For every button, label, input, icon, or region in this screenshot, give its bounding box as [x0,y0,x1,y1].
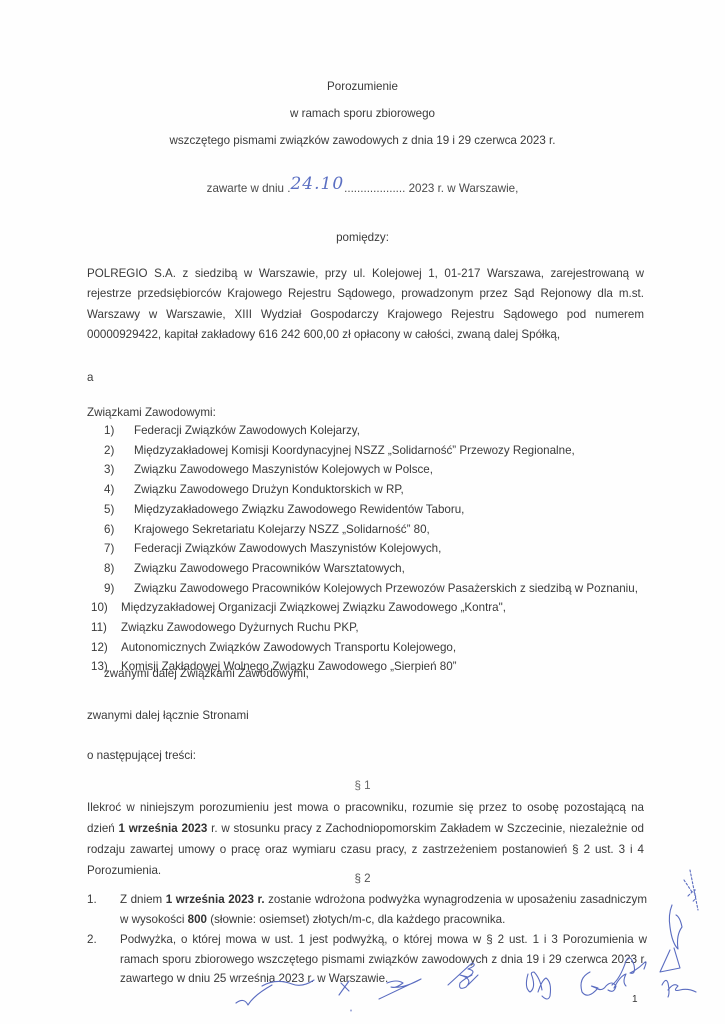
union-list-item: 11)Związku Zawodowego Dyżurnych Ruchu PK… [87,618,657,638]
parties-defined-as: zwanymi dalej łącznie Stronami [87,706,644,726]
handwritten-date: 24.10 [290,174,344,194]
union-item-number: 1) [87,421,134,441]
between-label: pomiędzy: [0,231,725,244]
text-run: (słownie: osiemset) złotych/m-c, dla każ… [207,913,505,926]
union-list-item: 8)Związku Zawodowego Pracowników Warszta… [87,559,657,579]
union-item-name: Związku Zawodowego Pracowników Kolejowyc… [134,579,638,599]
union-item-name: Federacji Związków Zawodowych Maszynistó… [134,539,441,559]
date-line-prefix: zawarte w dniu [207,182,288,195]
union-item-name: Związku Zawodowego Drużyn Konduktorskich… [134,480,404,500]
union-list-item: 4)Związku Zawodowego Drużyn Konduktorski… [87,480,657,500]
section-1-text: Ilekroć w niniejszym porozumieniu jest m… [87,797,644,881]
section-2-item: 2.Podwyżka, o której mowa w ust. 1 jest … [87,930,647,989]
emphasized-text: 1 września 2023 [119,822,208,835]
section-1-heading: § 1 [0,779,725,792]
unions-list: 1)Federacji Związków Zawodowych Kolejarz… [87,421,657,677]
conjunction-a: a [87,368,644,388]
section-2-list: 1.Z dniem 1 września 2023 r. zostanie wd… [87,890,647,990]
union-item-name: Krajowego Sekretariatu Kolejarzy NSZZ „S… [134,520,430,540]
section-2-item-number: 1. [87,890,120,929]
emphasized-text: 800 [188,913,207,926]
union-item-name: Związku Zawodowego Pracowników Warsztato… [134,559,405,579]
union-item-number: 7) [87,539,134,559]
page-number: 1 [632,994,638,1005]
section-2-item-number: 2. [87,930,120,989]
union-list-item: 1)Federacji Związków Zawodowych Kolejarz… [87,421,657,441]
union-item-name: Międzyzakładowej Komisji Koordynacyjnej … [134,441,575,461]
union-item-name: Federacji Związków Zawodowych Kolejarzy, [134,421,360,441]
union-item-number: 4) [87,480,134,500]
union-item-number: 6) [87,520,134,540]
union-list-item: 9)Związku Zawodowego Pracowników Kolejow… [87,579,657,599]
union-item-name: Związku Zawodowego Dyżurnych Ruchu PKP, [121,618,359,638]
date-dots: ................... [344,182,405,195]
date-line: zawarte w dniu .24.10...................… [0,177,725,197]
document-page: Porozumienie w ramach sporu zbiorowego w… [0,0,725,1024]
text-run: Podwyżka, o której mowa w ust. 1 jest po… [120,933,647,985]
union-item-number: 12) [87,638,121,658]
union-list-item: 10)Międzyzakładowej Organizacji Związkow… [87,598,657,618]
union-list-item: 7)Federacji Związków Zawodowych Maszynis… [87,539,657,559]
signature-10 [660,905,682,972]
company-paragraph: POLREGIO S.A. z siedzibą w Warszawie, pr… [87,264,644,346]
union-list-item: 5)Międzyzakładowego Związku Zawodowego R… [87,500,657,520]
union-list-item: 3)Związku Zawodowego Maszynistów Kolejow… [87,460,657,480]
union-item-number: 5) [87,500,134,520]
unions-defined-as: zwanymi dalej Związkami Zawodowymi, [104,667,309,680]
union-list-item: 12)Autonomicznych Związków Zawodowych Tr… [87,638,657,658]
union-item-name: Autonomicznych Związków Zawodowych Trans… [121,638,456,658]
section-2-item-text: Podwyżka, o której mowa w ust. 1 jest po… [120,930,647,989]
document-subtitle-dates: wszczętego pismami związków zawodowych z… [0,134,725,147]
union-item-name: Międzyzakładowego Związku Zawodowego Rew… [134,500,464,520]
union-item-name: Związku Zawodowego Maszynistów Kolejowyc… [134,460,433,480]
union-item-number: 8) [87,559,134,579]
section-2-item-text: Z dniem 1 września 2023 r. zostanie wdro… [120,890,647,929]
document-subtitle: w ramach sporu zbiorowego [0,107,725,120]
emphasized-text: 1 września 2023 r. [166,893,265,906]
union-item-number: 2) [87,441,134,461]
union-item-number: 3) [87,460,134,480]
signature-9 [662,980,696,997]
union-item-number: 9) [87,579,134,599]
union-list-item: 6)Krajowego Sekretariatu Kolejarzy NSZZ … [87,520,657,540]
date-line-suffix: 2023 r. w Warszawie, [405,182,518,195]
section-2-item: 1.Z dniem 1 września 2023 r. zostanie wd… [87,890,647,929]
union-item-number: 11) [87,618,121,638]
union-list-item: 2)Międzyzakładowej Komisji Koordynacyjne… [87,441,657,461]
union-item-number: 10) [87,598,121,618]
document-title: Porozumienie [0,80,725,93]
text-run: Z dniem [120,893,166,906]
union-item-name: Międzyzakładowej Organizacji Związkowej … [121,598,506,618]
content-intro: o następującej treści: [87,746,644,766]
section-2-heading: § 2 [0,872,725,885]
